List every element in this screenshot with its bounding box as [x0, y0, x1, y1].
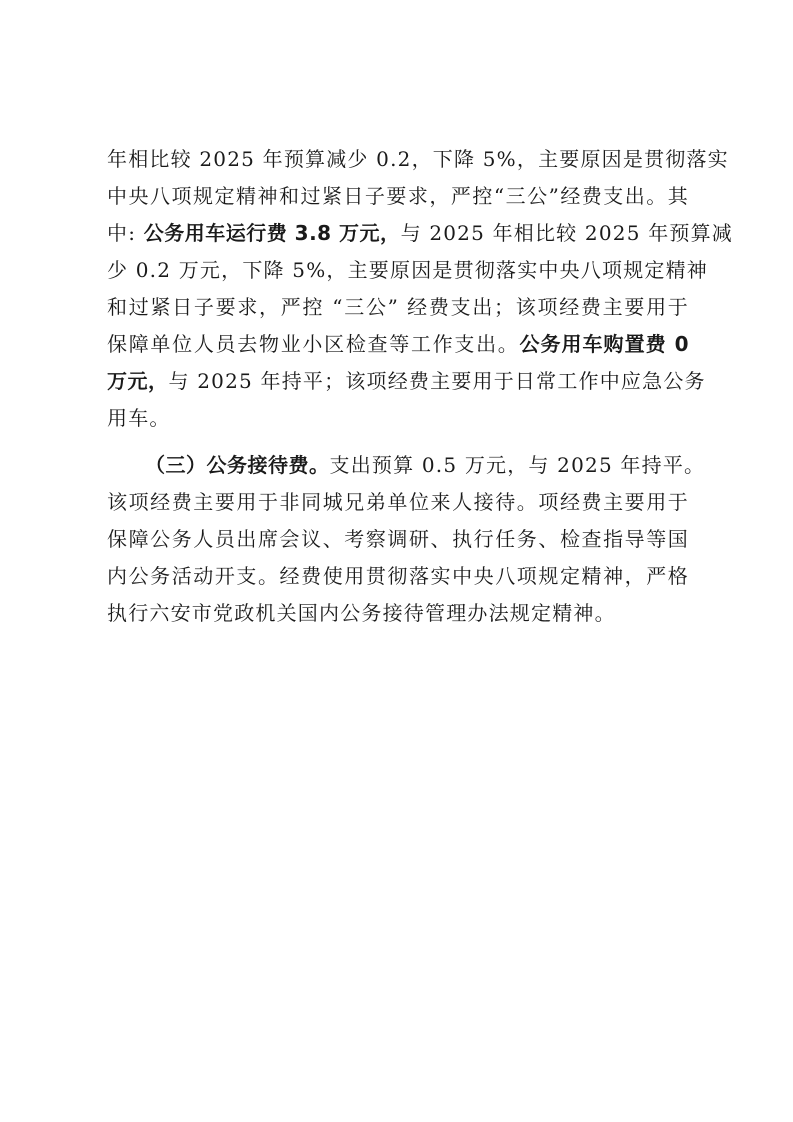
text-line: 保障公务人员出席会议、考察调研、执行任务、检查指导等国 [107, 521, 689, 558]
bold-heading-vehicle-operating-cost: 公务用车运行费 3.8 万元， [144, 221, 401, 245]
text-segment: 中央八项规定精神和过紧日子要求，严控“三公”经费支出。其 [107, 184, 689, 208]
text-line: 中央八项规定精神和过紧日子要求，严控“三公”经费支出。其 [107, 178, 689, 215]
text-segment: 内公务活动开支。经费使用贯彻落实中央八项规定精神，严格 [107, 564, 689, 588]
text-segment: 保障公务人员出席会议、考察调研、执行任务、检查指导等国 [107, 527, 689, 551]
bold-heading-vehicle-purchase-cost-cont: 万元， [107, 369, 169, 393]
text-segment: 该项经费主要用于非同城兄弟单位来人接待。项经费主要用于 [107, 490, 689, 514]
text-segment: 与 2025 年相比较 2025 年预算减 [401, 221, 733, 245]
text-segment: 年相比较 2025 年预算减少 0.2，下降 5%，主要原因是贯彻落实 [107, 147, 729, 171]
text-segment: 用车。 [107, 406, 171, 430]
text-line: 该项经费主要用于非同城兄弟单位来人接待。项经费主要用于 [107, 484, 689, 521]
text-line: 万元，与 2025 年持平；该项经费主要用于日常工作中应急公务 [107, 363, 689, 400]
text-line: 中: 公务用车运行费 3.8 万元，与 2025 年相比较 2025 年预算减 [107, 215, 689, 252]
text-segment: 中: [107, 221, 144, 245]
text-segment: 与 2025 年持平；该项经费主要用于日常工作中应急公务 [169, 369, 706, 393]
text-line: 年相比较 2025 年预算减少 0.2，下降 5%，主要原因是贯彻落实 [107, 141, 689, 178]
text-line: 用车。 [107, 400, 689, 437]
text-line: （三）公务接待费。支出预算 0.5 万元，与 2025 年持平。 [107, 447, 689, 484]
text-segment: 少 0.2 万元，下降 5%，主要原因是贯彻落实中央八项规定精神 [107, 258, 708, 282]
document-page: 年相比较 2025 年预算减少 0.2，下降 5%，主要原因是贯彻落实 中央八项… [107, 141, 689, 632]
section-heading-reception-cost: （三）公务接待费。 [145, 453, 330, 477]
text-segment: 支出预算 0.5 万元，与 2025 年持平。 [330, 453, 706, 477]
paragraph-reception-costs: （三）公务接待费。支出预算 0.5 万元，与 2025 年持平。 该项经费主要用… [107, 447, 689, 632]
text-line: 内公务活动开支。经费使用贯彻落实中央八项规定精神，严格 [107, 558, 689, 595]
text-line: 少 0.2 万元，下降 5%，主要原因是贯彻落实中央八项规定精神 [107, 252, 689, 289]
text-line: 保障单位人员去物业小区检查等工作支出。公务用车购置费 0 [107, 326, 689, 363]
text-segment: 保障单位人员去物业小区检查等工作支出。 [107, 332, 520, 356]
paragraph-gap [107, 437, 689, 447]
text-line: 和过紧日子要求，严控 “三公” 经费支出；该项经费主要用于 [107, 289, 689, 326]
bold-heading-vehicle-purchase-cost: 公务用车购置费 0 [520, 332, 689, 356]
text-segment: 执行六安市党政机关国内公务接待管理办法规定精神。 [107, 601, 616, 625]
text-line: 执行六安市党政机关国内公务接待管理办法规定精神。 [107, 595, 689, 632]
paragraph-vehicle-costs: 年相比较 2025 年预算减少 0.2，下降 5%，主要原因是贯彻落实 中央八项… [107, 141, 689, 437]
text-segment: 和过紧日子要求，严控 “三公” 经费支出；该项经费主要用于 [107, 295, 689, 319]
